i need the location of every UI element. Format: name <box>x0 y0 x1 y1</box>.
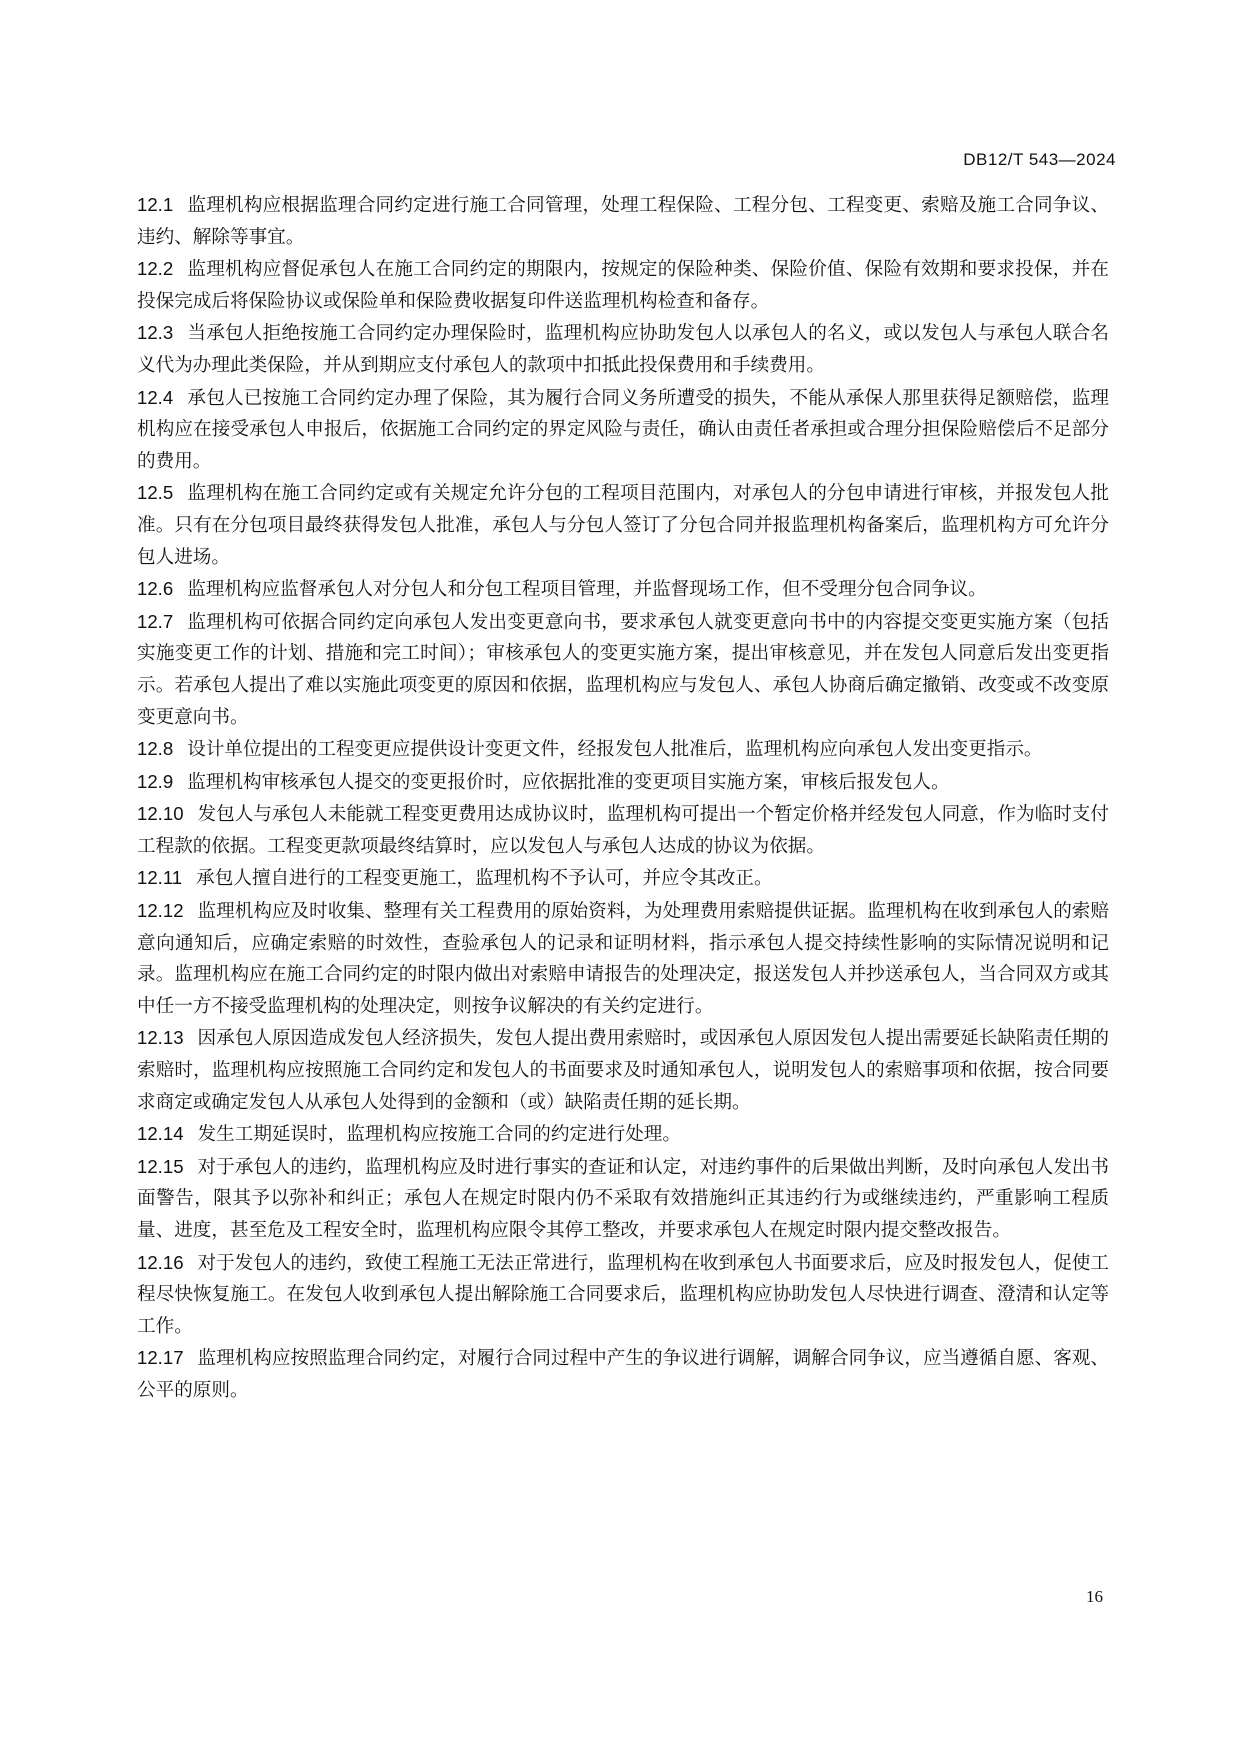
clause-text: 承包人已按施工合同约定办理了保险，其为履行合同义务所遭受的损失，不能从承保人那里… <box>137 388 1109 472</box>
clause-number: 12.6 <box>137 578 173 599</box>
clause-12-15: 12.15对于承包人的违约，监理机构应及时进行事实的查证和认定，对违约事件的后果… <box>137 1151 1109 1247</box>
clause-text: 承包人擅自进行的工程变更施工，监理机构不予认可，并应令其改正。 <box>196 868 772 889</box>
clause-text: 监理机构审核承包人提交的变更报价时，应依据批准的变更项目实施方案，审核后报发包人… <box>187 772 949 793</box>
clause-12-11: 12.11承包人擅自进行的工程变更施工，监理机构不予认可，并应令其改正。 <box>137 862 1109 895</box>
clause-number: 12.13 <box>137 1027 184 1048</box>
clause-number: 12.10 <box>137 803 184 824</box>
clause-12-7: 12.7监理机构可依据合同约定向承包人发出变更意向书，要求承包人就变更意向书中的… <box>137 606 1109 733</box>
clause-text: 设计单位提出的工程变更应提供设计变更文件，经报发包人批准后，监理机构应向承包人发… <box>187 739 1042 760</box>
clause-text: 监理机构可依据合同约定向承包人发出变更意向书，要求承包人就变更意向书中的内容提交… <box>137 612 1109 728</box>
clause-12-4: 12.4承包人已按施工合同约定办理了保险，其为履行合同义务所遭受的损失，不能从承… <box>137 382 1109 478</box>
clause-12-6: 12.6监理机构应监督承包人对分包人和分包工程项目管理，并监督现场工作，但不受理… <box>137 573 1109 606</box>
clause-12-1: 12.1监理机构应根据监理合同约定进行施工合同管理，处理工程保险、工程分包、工程… <box>137 189 1109 253</box>
clause-12-14: 12.14发生工期延误时，监理机构应按施工合同的约定进行处理。 <box>137 1118 1109 1151</box>
clause-number: 12.5 <box>137 482 173 503</box>
clause-number: 12.14 <box>137 1123 184 1144</box>
clause-number: 12.1 <box>137 194 173 215</box>
clause-number: 12.11 <box>137 867 182 888</box>
clause-12-2: 12.2监理机构应督促承包人在施工合同约定的期限内，按规定的保险种类、保险价值、… <box>137 253 1109 317</box>
clause-number: 12.8 <box>137 738 173 759</box>
clause-text: 因承包人原因造成发包人经济损失，发包人提出费用索赔时，或因承包人原因发包人提出需… <box>137 1028 1109 1112</box>
clause-number: 12.16 <box>137 1252 184 1273</box>
clause-12-12: 12.12监理机构应及时收集、整理有关工程费用的原始资料，为处理费用索赔提供证据… <box>137 895 1109 1022</box>
clause-number: 12.17 <box>137 1347 184 1368</box>
clause-12-13: 12.13因承包人原因造成发包人经济损失，发包人提出费用索赔时，或因承包人原因发… <box>137 1022 1109 1118</box>
clause-number: 12.2 <box>137 258 173 279</box>
clause-text: 监理机构在施工合同约定或有关规定允许分包的工程项目范围内，对承包人的分包申请进行… <box>137 483 1109 567</box>
clause-number: 12.4 <box>137 387 173 408</box>
clause-text: 监理机构应按照监理合同约定，对履行合同过程中产生的争议进行调解，调解合同争议，应… <box>137 1348 1109 1401</box>
clause-text: 发生工期延误时，监理机构应按施工合同的约定进行处理。 <box>198 1124 681 1145</box>
clause-12-8: 12.8设计单位提出的工程变更应提供设计变更文件，经报发包人批准后，监理机构应向… <box>137 733 1109 766</box>
clause-text: 监理机构应及时收集、整理有关工程费用的原始资料，为处理费用索赔提供证据。监理机构… <box>137 901 1109 1017</box>
clause-text: 发包人与承包人未能就工程变更费用达成协议时，监理机构可提出一个暂定价格并经发包人… <box>137 804 1109 857</box>
clause-12-16: 12.16对于发包人的违约，致使工程施工无法正常进行，监理机构在收到承包人书面要… <box>137 1247 1109 1343</box>
document-body: 12.1监理机构应根据监理合同约定进行施工合同管理，处理工程保险、工程分包、工程… <box>137 189 1109 1407</box>
clause-12-10: 12.10发包人与承包人未能就工程变更费用达成协议时，监理机构可提出一个暂定价格… <box>137 798 1109 862</box>
clause-text: 监理机构应根据监理合同约定进行施工合同管理，处理工程保险、工程分包、工程变更、索… <box>137 195 1109 248</box>
standard-code: DB12/T 543—2024 <box>963 150 1116 170</box>
clause-text: 当承包人拒绝按施工合同约定办理保险时，监理机构应协助发包人以承包人的名义，或以发… <box>137 323 1109 376</box>
clause-12-9: 12.9监理机构审核承包人提交的变更报价时，应依据批准的变更项目实施方案，审核后… <box>137 766 1109 799</box>
clause-number: 12.9 <box>137 771 173 792</box>
clause-text: 对于承包人的违约，监理机构应及时进行事实的查证和认定，对违约事件的后果做出判断，… <box>137 1157 1109 1241</box>
clause-text: 监理机构应监督承包人对分包人和分包工程项目管理，并监督现场工作，但不受理分包合同… <box>187 579 987 600</box>
clause-12-3: 12.3当承包人拒绝按施工合同约定办理保险时，监理机构应协助发包人以承包人的名义… <box>137 317 1109 381</box>
clause-number: 12.3 <box>137 322 173 343</box>
clause-12-17: 12.17监理机构应按照监理合同约定，对履行合同过程中产生的争议进行调解，调解合… <box>137 1342 1109 1406</box>
clause-number: 12.12 <box>137 900 184 921</box>
clause-text: 监理机构应督促承包人在施工合同约定的期限内，按规定的保险种类、保险价值、保险有效… <box>137 259 1109 312</box>
clause-number: 12.15 <box>137 1156 184 1177</box>
clause-number: 12.7 <box>137 611 173 632</box>
page-number: 16 <box>1086 1587 1103 1607</box>
clause-text: 对于发包人的违约，致使工程施工无法正常进行，监理机构在收到承包人书面要求后，应及… <box>137 1253 1109 1337</box>
clause-12-5: 12.5监理机构在施工合同约定或有关规定允许分包的工程项目范围内，对承包人的分包… <box>137 477 1109 573</box>
